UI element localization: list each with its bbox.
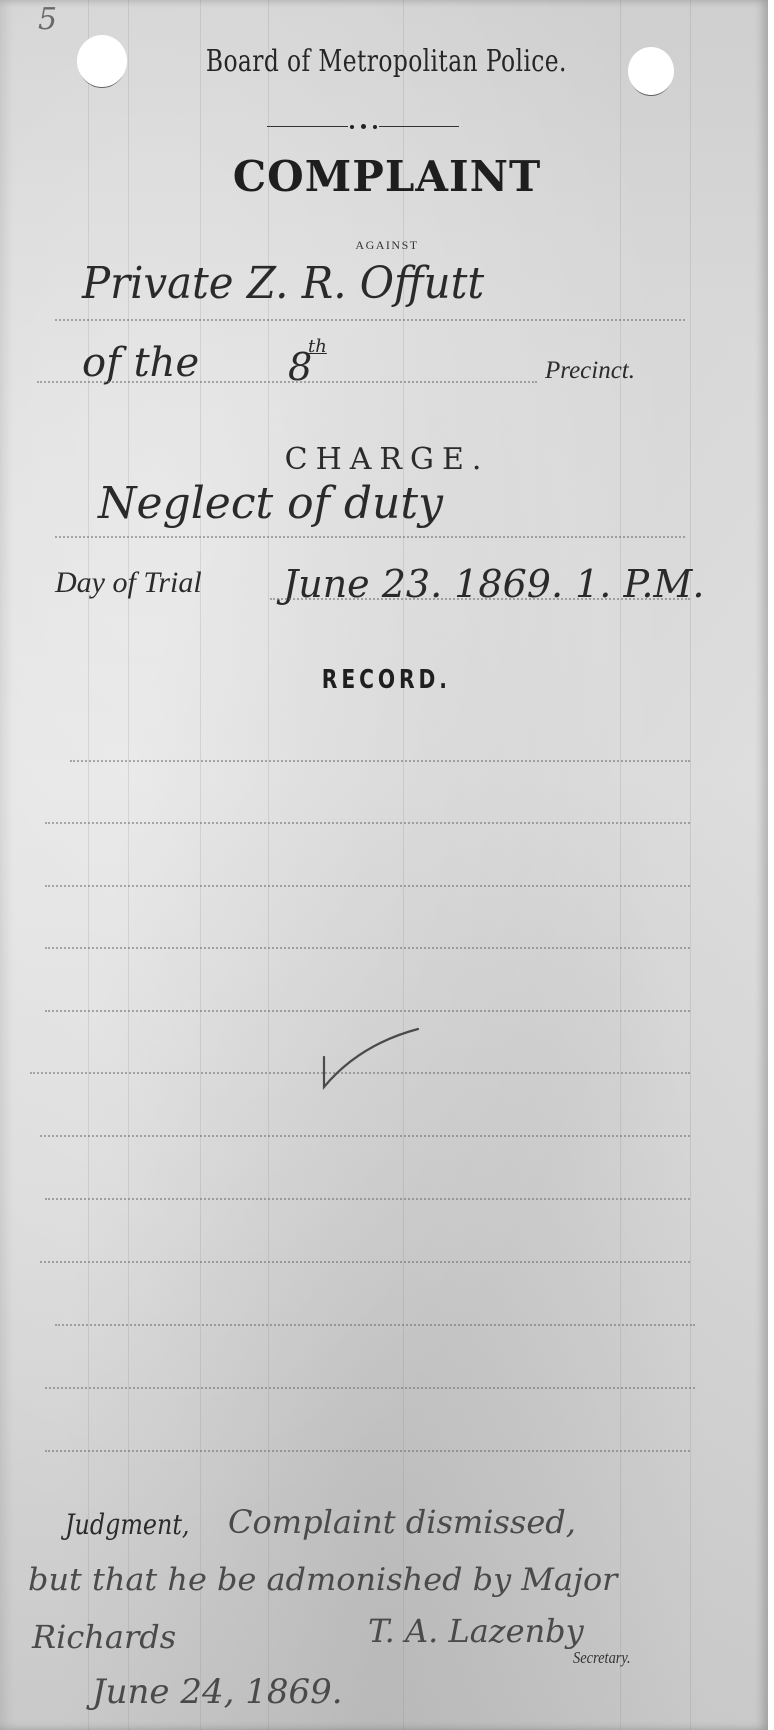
charge-text: Neglect of duty (98, 478, 443, 529)
record-line (45, 822, 690, 824)
record-line (45, 885, 690, 887)
header-ornament (267, 124, 459, 130)
judgment-label: Judgment, (65, 1508, 189, 1541)
record-line (40, 1135, 690, 1137)
secretary-label: Secretary. (573, 1648, 631, 1668)
trial-label: Day of Trial (55, 566, 202, 600)
trial-dotted-line (270, 598, 690, 600)
against-label: AGAINST (0, 238, 774, 253)
judgment-line-3: Richards (32, 1618, 176, 1656)
record-heading: RECORD. (84, 665, 688, 695)
judgment-date: June 24, 1869. (92, 1672, 343, 1712)
precinct-prefix: of the (82, 340, 199, 386)
accused-dotted-line (55, 319, 685, 321)
check-mark-icon (318, 1023, 428, 1093)
record-line (45, 1450, 690, 1452)
charge-dotted-line (55, 536, 685, 538)
record-line (40, 1261, 690, 1263)
page-number: 5 (38, 2, 57, 37)
judgment-line-2: but that he be admonished by Major (28, 1562, 617, 1598)
record-line (45, 1387, 695, 1389)
record-line (55, 1324, 695, 1326)
record-line (45, 947, 690, 949)
form-title: COMPLAINT (0, 152, 774, 201)
paper-rule (690, 0, 691, 1730)
charge-heading: CHARGE. (0, 442, 774, 477)
paper-rule (620, 0, 621, 1730)
record-line (45, 1198, 690, 1200)
judgment-line-1: Complaint dismissed, (228, 1503, 576, 1541)
precinct-label: Precinct. (545, 357, 635, 385)
record-line (70, 760, 690, 762)
organization-title: Board of Metropolitan Police. (84, 44, 688, 79)
precinct-dotted-line (37, 381, 537, 383)
record-line (45, 1010, 690, 1012)
accused-name: Private Z. R. Offutt (82, 258, 484, 309)
precinct-suffix: th (308, 336, 327, 357)
secretary-signature: T. A. Lazenby (368, 1612, 584, 1650)
